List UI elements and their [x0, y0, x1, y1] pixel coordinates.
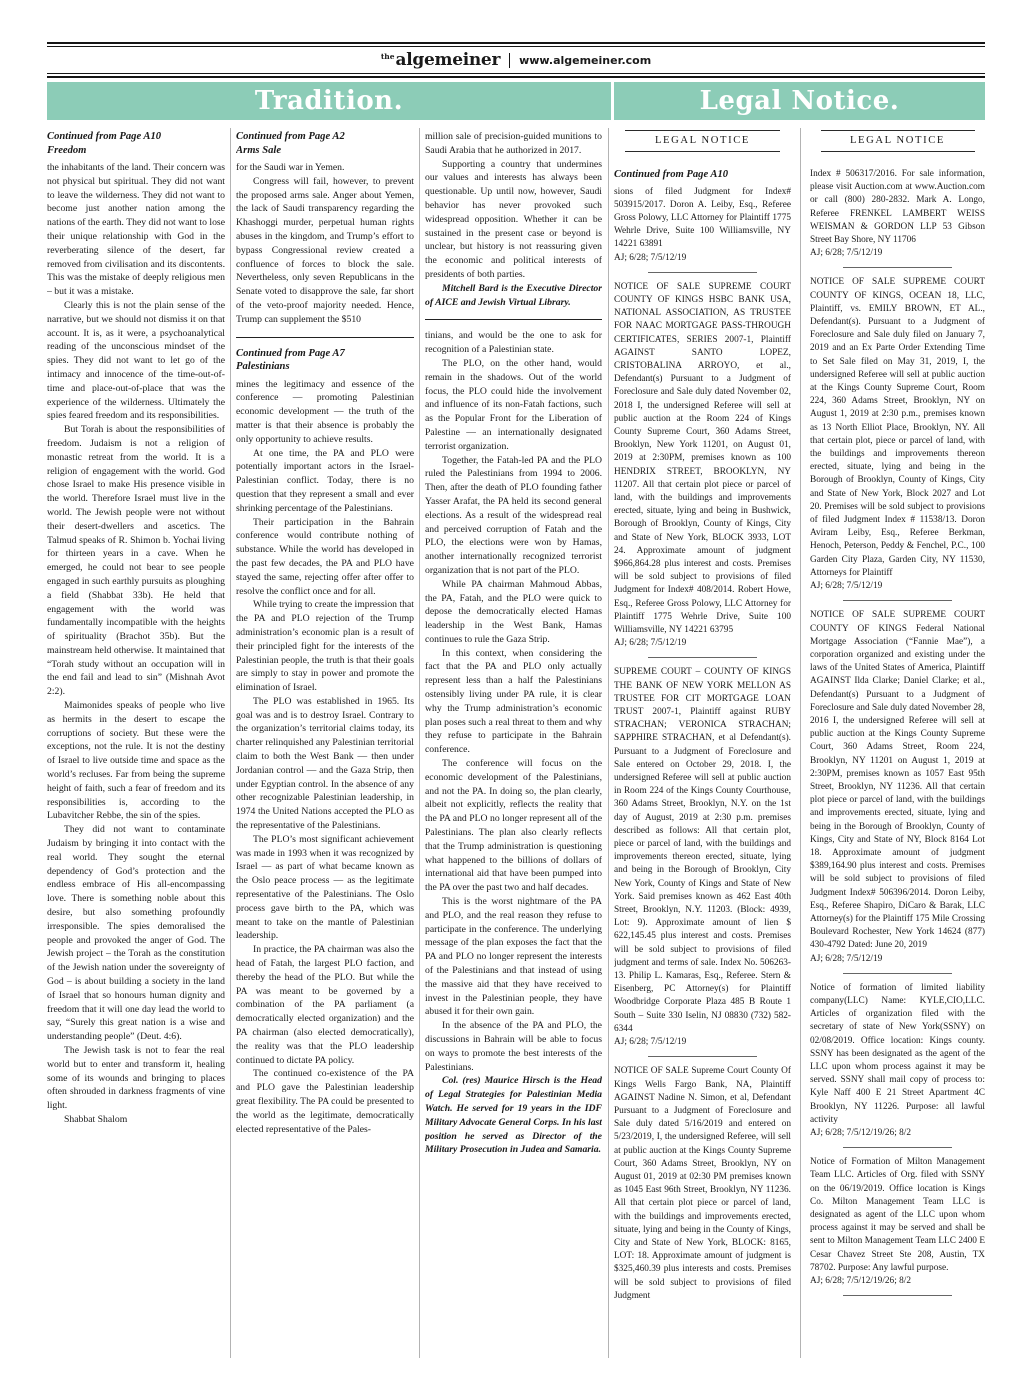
paragraph: million sale of precision-guided munitio…: [425, 130, 602, 158]
paragraph: The conference will focus on the economi…: [425, 757, 602, 895]
author-byline: Col. (res) Maurice Hirsch is the Head of…: [425, 1074, 602, 1157]
paragraph: The PLO’s most significant achievement w…: [236, 833, 414, 943]
paragraph: Together, the Fatah-led PA and the PLO r…: [425, 454, 602, 578]
column-divider: [419, 128, 420, 1358]
column-freedom: Continued from Page A10 Freedom the inha…: [47, 126, 225, 1371]
paragraph: In this context, when considering the fa…: [425, 647, 602, 757]
legal-notice-header-label: LEGAL NOTICE: [810, 131, 985, 151]
paragraph: for the Saudi war in Yemen.: [236, 161, 414, 175]
paragraph: But Torah is about the responsibilities …: [47, 423, 225, 699]
notice-separator: [648, 272, 758, 273]
legal-notice: sions of filed Judgment for Index# 50391…: [614, 186, 791, 252]
notice-run-dates: AJ; 6/28; 7/5/12/19: [614, 637, 791, 650]
article-title-arms-sale: Arms Sale: [236, 144, 414, 158]
logo-the-prefix: the: [381, 52, 395, 61]
paragraph: At one time, the PA and PLO were potenti…: [236, 447, 414, 516]
legal-notice: NOTICE OF SALE Supreme Court County Of K…: [614, 1065, 791, 1303]
paragraph: In the absence of the PA and PLO, the di…: [425, 1019, 602, 1074]
legal-notice-section-banner: Legal Notice.: [614, 82, 985, 120]
column-continuations: million sale of precision-guided munitio…: [425, 126, 602, 1371]
paragraph: Their participation in the Bahrain confe…: [236, 516, 414, 599]
article-title-freedom: Freedom: [47, 144, 225, 158]
paragraph: Maimonides speaks of people who live as …: [47, 699, 225, 823]
paragraph: Clearly this is not the plain sense of t…: [47, 299, 225, 423]
article-separator: [236, 337, 414, 338]
notice-separator: [843, 267, 952, 268]
legal-notice-header: LEGAL NOTICE: [810, 130, 985, 152]
author-byline: Mitchell Bard is the Executive Director …: [425, 282, 602, 310]
column-divider: [800, 128, 801, 1358]
article-title-palestinians: Palestinians: [236, 360, 414, 374]
paragraph: The PLO, on the other hand, would remain…: [425, 357, 602, 454]
legal-notice: NOTICE OF SALE SUPREME COURT COUNTY OF K…: [810, 609, 985, 952]
header-rule: [821, 151, 975, 152]
bottom-rule-thin: [47, 73, 985, 74]
masthead: thealgemeiner www.algemeiner.com: [47, 42, 985, 78]
paragraph: The Jewish task is not to fear the real …: [47, 1044, 225, 1113]
notice-run-dates: AJ; 6/28; 7/5/12/19/26; 8/2: [810, 1127, 985, 1140]
legal-notice: Notice of formation of limited liability…: [810, 982, 985, 1127]
legal-notice-header: LEGAL NOTICE: [614, 130, 791, 152]
column-legal-notices-1: LEGAL NOTICE Continued from Page A10 sio…: [614, 126, 791, 1371]
legal-notice-header-label: LEGAL NOTICE: [614, 131, 791, 151]
column-legal-notices-2: LEGAL NOTICE Index # 506317/2016. For sa…: [810, 126, 985, 1371]
column-divider: [230, 128, 231, 1358]
notice-run-dates: AJ; 6/28; 7/5/12/19/26; 8/2: [810, 1275, 985, 1288]
logo-name: algemeiner: [396, 50, 501, 70]
continued-from-label: Continued from Page A2: [236, 130, 414, 144]
column-arms-sale-palestinians: Continued from Page A2 Arms Sale for the…: [236, 126, 414, 1371]
paragraph: Supporting a country that undermines our…: [425, 158, 602, 282]
column-divider: [608, 128, 609, 1358]
notice-run-dates: AJ; 6/28; 7/5/12/19: [810, 580, 985, 593]
notice-separator: [843, 1295, 952, 1296]
article-separator: [425, 319, 602, 320]
masthead-divider: [509, 53, 510, 68]
notice-run-dates: AJ; 6/28; 7/5/12/19: [810, 953, 985, 966]
notice-separator: [843, 973, 952, 974]
top-rule-thick: [47, 42, 985, 44]
header-rule: [625, 151, 781, 152]
legal-notice: NOTICE OF SALE SUPREME COURT COUNTY OF K…: [614, 281, 791, 637]
notice-run-dates: AJ; 6/28; 7/5/12/19: [810, 247, 985, 260]
continued-from-label: Continued from Page A7: [236, 347, 414, 361]
paragraph: The PLO was established in 1965. Its goa…: [236, 695, 414, 833]
notice-separator: [648, 1056, 758, 1057]
notice-separator: [843, 1147, 952, 1148]
paragraph: mines the legitimacy and essence of the …: [236, 378, 414, 447]
paragraph: While PA chairman Mahmoud Abbas, the PA,…: [425, 578, 602, 647]
paragraph: tinians, and would be the one to ask for…: [425, 329, 602, 357]
continued-from-label: Continued from Page A10: [47, 130, 225, 144]
paragraph: This is the worst nightmare of the PA an…: [425, 895, 602, 1019]
paragraph: the inhabitants of the land. Their conce…: [47, 161, 225, 299]
notice-run-dates: AJ; 6/28; 7/5/12/19: [614, 1036, 791, 1049]
legal-notice: SUPREME COURT – COUNTY OF KINGS THE BANK…: [614, 666, 791, 1036]
tradition-section-banner: Tradition.: [47, 82, 611, 120]
bottom-rule-thick: [47, 76, 985, 78]
paragraph: The continued co-existence of the PA and…: [236, 1067, 414, 1136]
notice-run-dates: AJ; 6/28; 7/5/12/19: [614, 252, 791, 265]
paragraph: Congress will fail, however, to prevent …: [236, 175, 414, 327]
algemeiner-logo: thealgemeiner: [381, 50, 500, 70]
masthead-url: www.algemeiner.com: [519, 54, 651, 67]
paragraph: In practice, the PA chairman was also th…: [236, 943, 414, 1067]
paragraph: They did not want to contaminate Judaism…: [47, 823, 225, 1044]
legal-notice: NOTICE OF SALE SUPREME COURT COUNTY OF K…: [810, 276, 985, 580]
paragraph: While trying to create the impression th…: [236, 598, 414, 695]
continued-from-label: Continued from Page A10: [614, 168, 791, 182]
legal-notice: Index # 506317/2016. For sale informatio…: [810, 168, 985, 247]
article-signoff: Shabbat Shalom: [47, 1113, 225, 1127]
notice-separator: [843, 600, 952, 601]
legal-notice: Notice of Formation of Milton Management…: [810, 1156, 985, 1275]
notice-separator: [648, 657, 758, 658]
